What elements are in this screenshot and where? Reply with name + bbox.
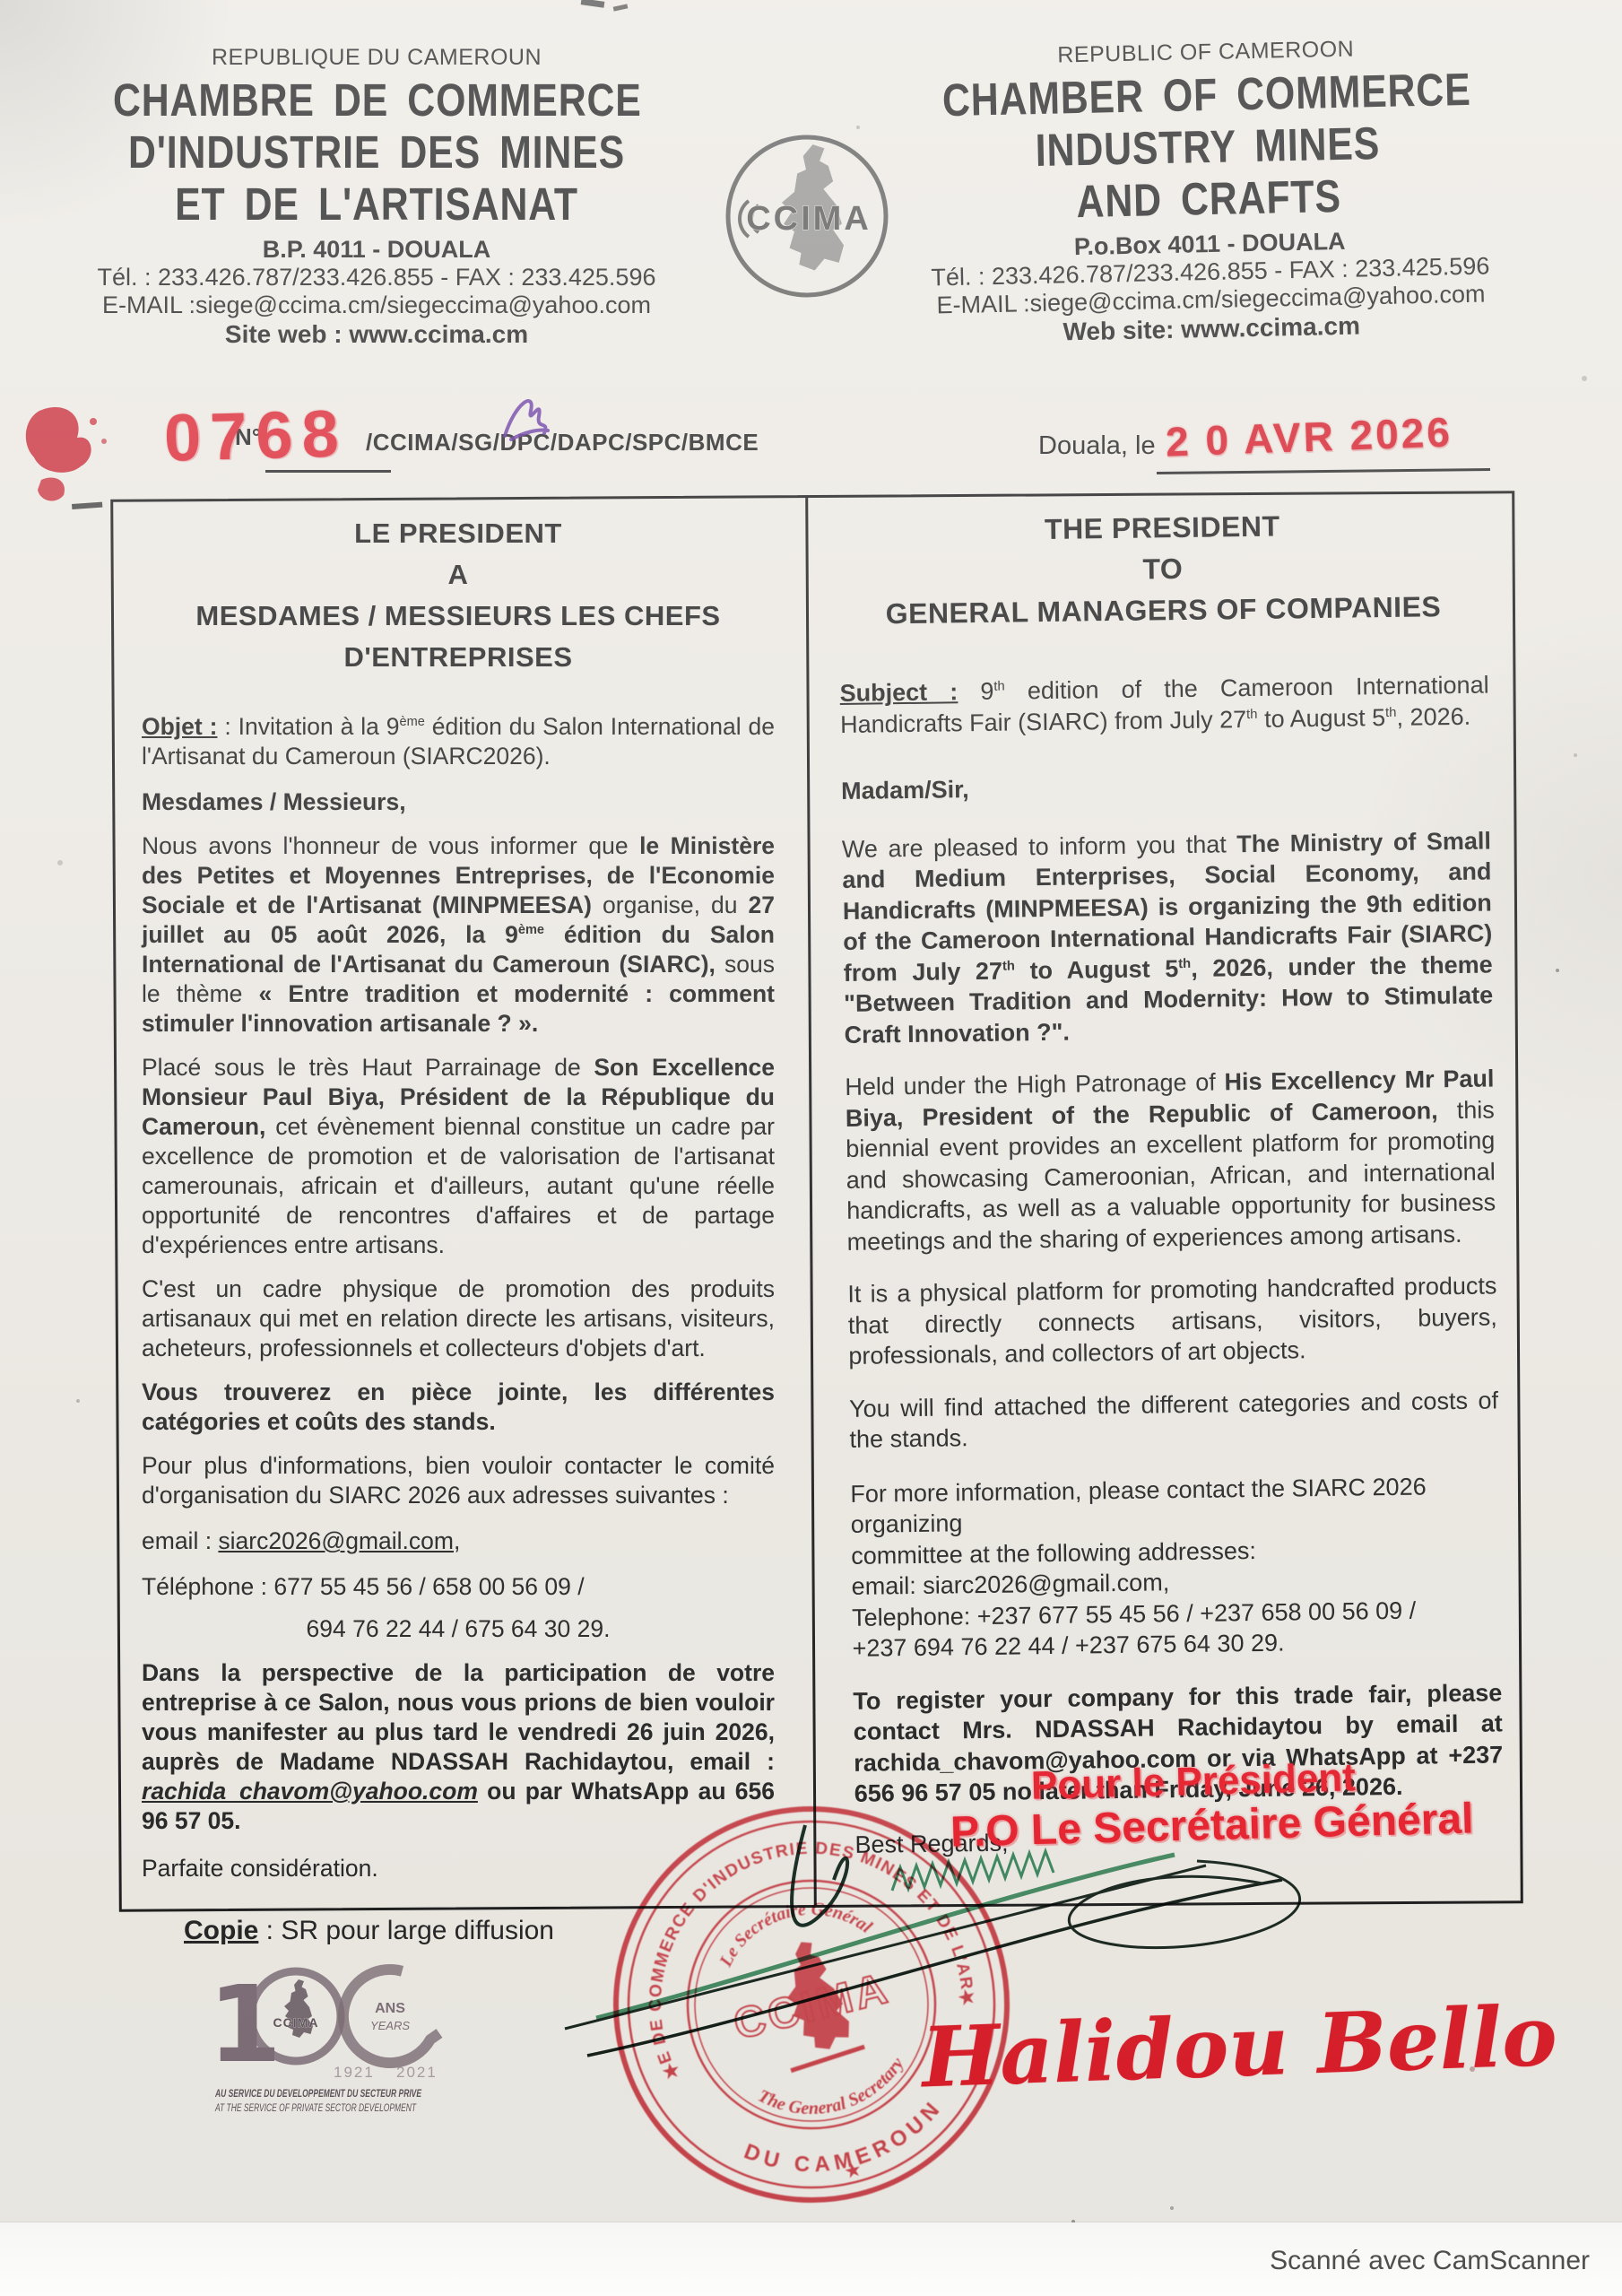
- centenary-zero2-arc: [343, 1970, 439, 2063]
- scan-edge-mark: [613, 4, 629, 11]
- contact-email-fr: email : siarc2026@gmail.com,: [142, 1526, 775, 1556]
- paragraph-fr-3: C'est un cadre physique de promotion des…: [142, 1274, 775, 1363]
- date-underline: [1157, 468, 1490, 474]
- paragraph-en-1: We are pleased to inform you that The Mi…: [842, 825, 1494, 1050]
- subject-line-en: Subject : 9th edition of the Cameroon In…: [839, 670, 1489, 740]
- scan-credit: Scanné avec CamScanner: [1270, 2246, 1590, 2276]
- paragraph-en-2: Held under the High Patronage of His Exc…: [845, 1063, 1496, 1257]
- paragraph-fr-5: Pour plus d'informations, bien vouloir c…: [142, 1451, 775, 1510]
- paragraph-fr-2: Placé sous le très Haut Parrainage de So…: [142, 1053, 775, 1260]
- column-divider: [805, 498, 817, 1905]
- letterhead-french: REPUBLIQUE DU CAMEROUN CHAMBRE DE COMMER…: [63, 45, 690, 349]
- dateline-label: Douala, le: [1038, 431, 1156, 461]
- letter-column-english: THE PRESIDENTTOGENERAL MANAGERS OF COMPA…: [837, 503, 1505, 1860]
- org-name-fr: CHAMBRE DE COMMERCED'INDUSTRIE DES MINES…: [63, 74, 690, 230]
- centenary-years: YEARS: [370, 2019, 410, 2032]
- contact-phone2-fr: 694 76 22 44 / 675 64 30 29.: [142, 1614, 775, 1644]
- email-line-fr: E-MAIL :siege@ccima.cm/siegeccima@yahoo.…: [63, 291, 690, 319]
- phone-line-fr: Tél. : 233.426.787/233.426.855 - FAX : 2…: [63, 264, 690, 291]
- subject-line-fr: Objet : : Invitation à la 9ème édition d…: [142, 712, 775, 771]
- salutation-fr: Mesdames / Messieurs,: [142, 787, 775, 817]
- salutation-en: Madam/Sir,: [841, 767, 1490, 806]
- centenary-year-end: 2021: [396, 2064, 438, 2081]
- ref-number-stamp: 0768: [163, 395, 349, 475]
- ccima-round-logo: CCIMA: [713, 122, 901, 310]
- recipient-title-en: THE PRESIDENTTOGENERAL MANAGERS OF COMPA…: [837, 503, 1488, 635]
- paragraph-en-3: It is a physical platform for promoting …: [847, 1270, 1497, 1371]
- website-line-fr: Site web : www.ccima.cm: [63, 319, 690, 349]
- letter-column-french: LE PRESIDENTAMESDAMES / MESSIEURS LES CH…: [142, 513, 775, 1883]
- contact-block-letter-en: For more information, please contact the…: [850, 1470, 1502, 1664]
- signature-green-zigzag: [892, 1851, 1054, 1891]
- contact-phone-fr: Téléphone : 677 55 45 56 / 658 00 56 09 …: [142, 1572, 775, 1602]
- country-label-fr: REPUBLIQUE DU CAMEROUN: [63, 45, 690, 71]
- centenary-mini-acronym: CCIMA: [273, 2015, 319, 2030]
- logo-acronym: CCIMA: [746, 200, 872, 238]
- centenary-ans: ANS: [375, 2001, 405, 2016]
- paragraph-fr-1: Nous avons l'honneur de vous informer qu…: [142, 831, 775, 1039]
- paragraph-fr-4: Vous trouverez en pièce jointe, les diff…: [142, 1378, 775, 1437]
- contact-block-en: P.o.Box 4011 - DOUALA Tél. : 233.426.787…: [890, 224, 1531, 351]
- po-box-fr: B.P. 4011 - DOUALA: [63, 236, 690, 264]
- scan-edge-mark: [581, 0, 605, 8]
- red-ink-blot: [14, 395, 122, 520]
- paragraph-en-4: You will find attached the different cat…: [849, 1385, 1499, 1455]
- copy-distribution-line: Copie : SR pour large diffusion: [184, 1916, 554, 1946]
- scanned-letter-page: { "colors":{"stamp_red":"#d02630","ink_g…: [0, 0, 1622, 2296]
- signature-green-stroke: [596, 1855, 1175, 2018]
- centenary-tagline-en: AT THE SERVICE OF PRIVATE SECTOR DEVELOP…: [214, 2103, 416, 2114]
- contact-block-fr: B.P. 4011 - DOUALA Tél. : 233.426.787/23…: [63, 236, 690, 349]
- initials-scribble-icon: [489, 384, 560, 447]
- centenary-tagline-fr: AU SERVICE DU DEVELOPPEMENT DU SECTEUR P…: [214, 2087, 421, 2100]
- centenary-year-start: 1921: [334, 2064, 375, 2081]
- org-name-en: CHAMBER OF COMMERCEINDUSTRY MINESAND CRA…: [887, 63, 1528, 232]
- recipient-title-fr: LE PRESIDENTAMESDAMES / MESSIEURS LES CH…: [142, 513, 775, 678]
- letterhead-english: REPUBLIC OF CAMEROON CHAMBER OF COMMERCE…: [887, 33, 1531, 351]
- paper-speckles: [1556, 969, 1559, 972]
- ref-suffix: /CCIMA/SG/DPC/DAPC/SPC/BMCE: [366, 429, 759, 457]
- centenary-logo: 1 CCIMA ANS YEARS 1921 2021 AU SERVICE D…: [197, 1961, 466, 2131]
- signature-loop: [792, 1825, 847, 1926]
- camscanner-footer: Scanné avec CamScanner: [0, 2222, 1622, 2296]
- date-stamp: 2 0 AVR 2026: [1165, 407, 1453, 465]
